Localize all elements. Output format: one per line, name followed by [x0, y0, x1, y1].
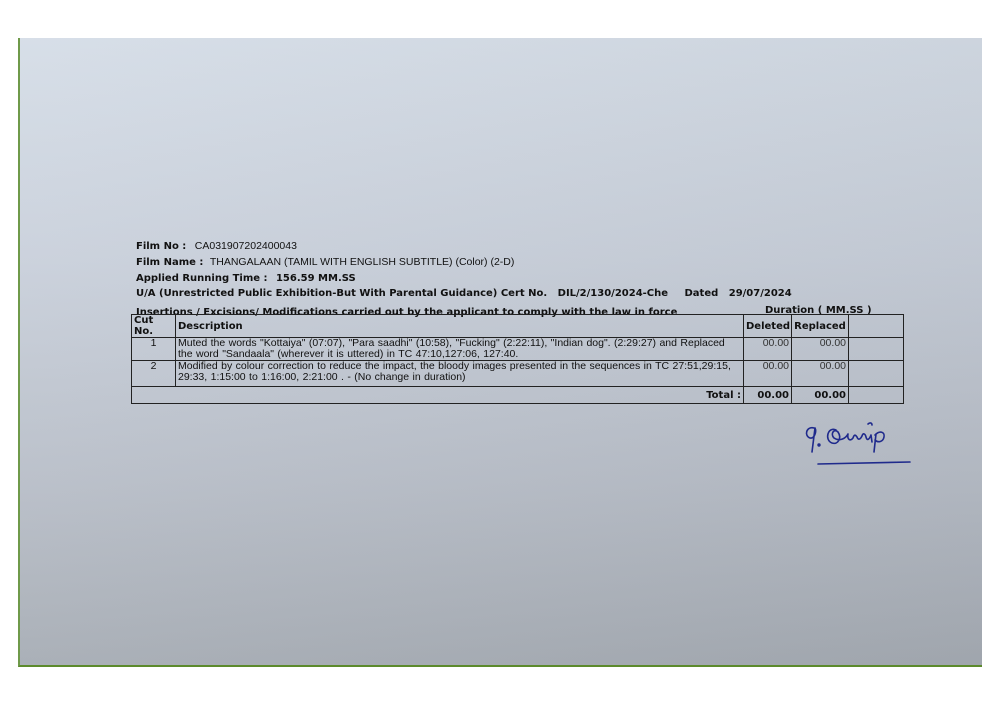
empty-cell: [849, 361, 904, 387]
table-row: 2 Modified by colour correction to reduc…: [132, 361, 904, 387]
header-description: Description: [176, 315, 744, 338]
header-extra: [849, 315, 904, 338]
empty-cell: [849, 387, 904, 404]
film-name-value: THANGALAAN (TAMIL WITH ENGLISH SUBTITLE)…: [210, 256, 515, 268]
header-cut-no: Cut No.: [132, 315, 176, 338]
total-label: Total :: [132, 387, 744, 404]
signature-icon: [800, 418, 915, 470]
cut-description: Modified by colour correction to reduce …: [176, 361, 744, 387]
cut-number: 1: [132, 338, 176, 361]
header-replaced: Replaced: [792, 315, 849, 338]
certificate-row: U/A (Unrestricted Public Exhibition-But …: [136, 283, 792, 301]
total-row: Total : 00.00 00.00: [132, 387, 904, 404]
cut-number: 2: [132, 361, 176, 387]
cert-no-value: DIL/2/130/2024-Che: [558, 288, 668, 299]
film-no-value: CA031907202400043: [195, 240, 297, 252]
replaced-duration: 00.00: [792, 361, 849, 387]
film-name-label: Film Name :: [136, 257, 203, 268]
certificate-type: U/A (Unrestricted Public Exhibition-But …: [136, 288, 547, 299]
dated-label: Dated: [685, 288, 719, 299]
table-header-row: Cut No. Description Deleted Replaced: [132, 315, 904, 338]
deleted-duration: 00.00: [744, 338, 792, 361]
deleted-duration: 00.00: [744, 361, 792, 387]
total-deleted: 00.00: [744, 387, 792, 404]
cuts-table: Cut No. Description Deleted Replaced 1 M…: [131, 314, 904, 404]
header-deleted: Deleted: [744, 315, 792, 338]
replaced-duration: 00.00: [792, 338, 849, 361]
table-row: 1 Muted the words "Kottaiya" (07:07), "P…: [132, 338, 904, 361]
dated-value: 29/07/2024: [729, 288, 792, 299]
empty-cell: [849, 338, 904, 361]
cut-description: Muted the words "Kottaiya" (07:07), "Par…: [176, 338, 744, 361]
film-no-label: Film No :: [136, 241, 186, 252]
total-replaced: 00.00: [792, 387, 849, 404]
